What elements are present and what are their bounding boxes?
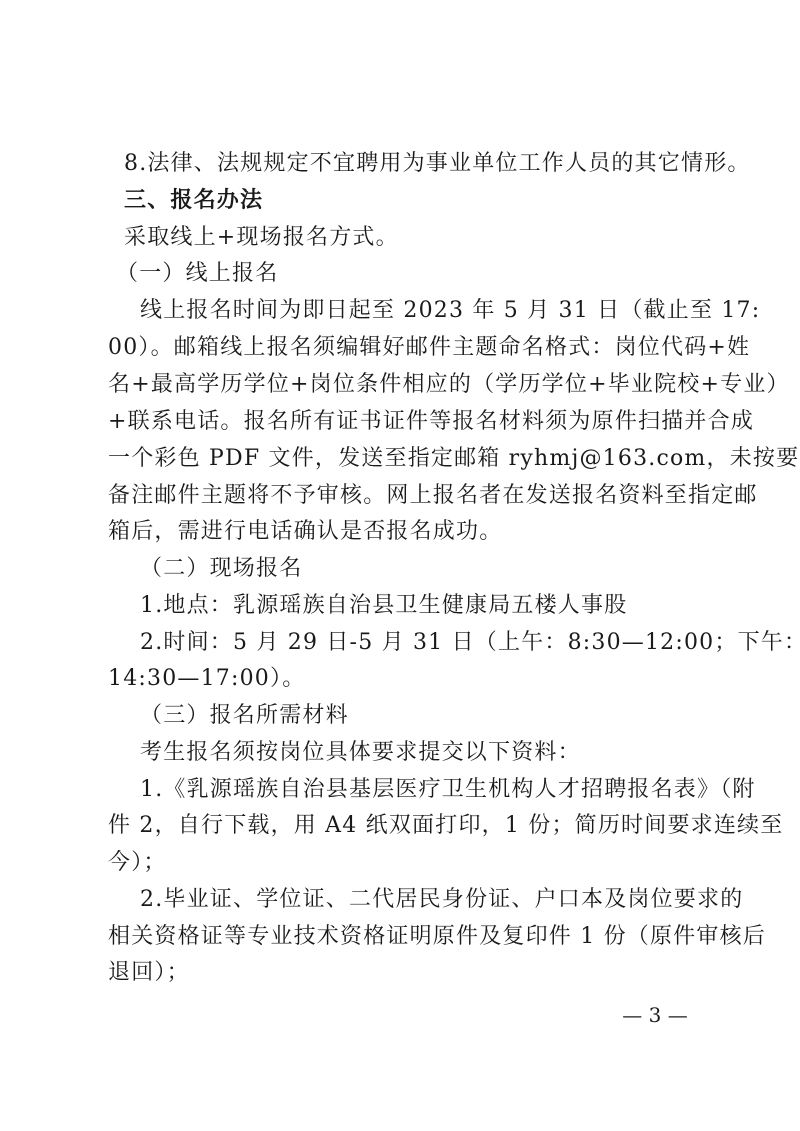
materials-item-2-line-2: 相关资格证等专业技术资格证明原件及复印件 1 份（原件审核后 xyxy=(108,918,712,955)
onsite-time-line-2: 14:30—17:00）。 xyxy=(108,660,712,697)
section-heading-registration-method: 三、报名办法 xyxy=(124,182,712,219)
paragraph-online-line-3: 名+最高学历学位+岗位条件相应的（学历学位+毕业院校+专业） xyxy=(108,366,712,403)
onsite-time-line-1: 2.时间：5 月 29 日-5 月 31 日（上午：8:30—12:00；下午： xyxy=(140,624,712,661)
paragraph-registration-mode: 采取线上+现场报名方式。 xyxy=(124,219,728,256)
paragraph-online-line-4: +联系电话。报名所有证书证件等报名材料须为原件扫描并合成 xyxy=(108,403,712,440)
paragraph-online-line-6: 备注邮件主题将不予审核。网上报名者在发送报名资料至指定邮 xyxy=(108,477,712,514)
page-number: — 3 — xyxy=(620,1000,690,1030)
materials-item-1-line-1: 1.《乳源瑶族自治县基层医疗卫生机构人才招聘报名表》（附 xyxy=(140,771,712,808)
subheading-onsite-registration: （二）现场报名 xyxy=(140,550,744,587)
paragraph-online-line-5-email: 一个彩色 PDF 文件，发送至指定邮箱 ryhmj@163.com，未按要求 xyxy=(108,440,712,477)
materials-item-1-line-2: 件 2，自行下载，用 A4 纸双面打印，1 份；简历时间要求连续至 xyxy=(108,807,712,844)
materials-intro: 考生报名须按岗位具体要求提交以下资料： xyxy=(140,734,744,771)
materials-item-2-line-3: 退回）； xyxy=(108,954,712,991)
subheading-required-materials: （三）报名所需材料 xyxy=(140,697,744,734)
paragraph-online-line-7: 箱后，需进行电话确认是否报名成功。 xyxy=(108,513,712,550)
onsite-location: 1.地点：乳源瑶族自治县卫生健康局五楼人事股 xyxy=(140,587,744,624)
materials-item-2-line-1: 2.毕业证、学位证、二代居民身份证、户口本及岗位要求的 xyxy=(140,881,712,918)
subheading-online-registration: （一）线上报名 xyxy=(116,255,720,292)
materials-item-1-line-3: 今）； xyxy=(108,844,712,881)
paragraph-item-8: 8.法律、法规规定不宜聘用为事业单位工作人员的其它情形。 xyxy=(124,145,712,182)
paragraph-online-line-2: 00）。邮箱线上报名须编辑好邮件主题命名格式：岗位代码+姓 xyxy=(108,329,712,366)
document-page: 8.法律、法规规定不宜聘用为事业单位工作人员的其它情形。 三、报名办法 采取线上… xyxy=(0,0,800,1131)
paragraph-online-line-1: 线上报名时间为即日起至 2023 年 5 月 31 日（截止至 17: xyxy=(140,292,712,329)
